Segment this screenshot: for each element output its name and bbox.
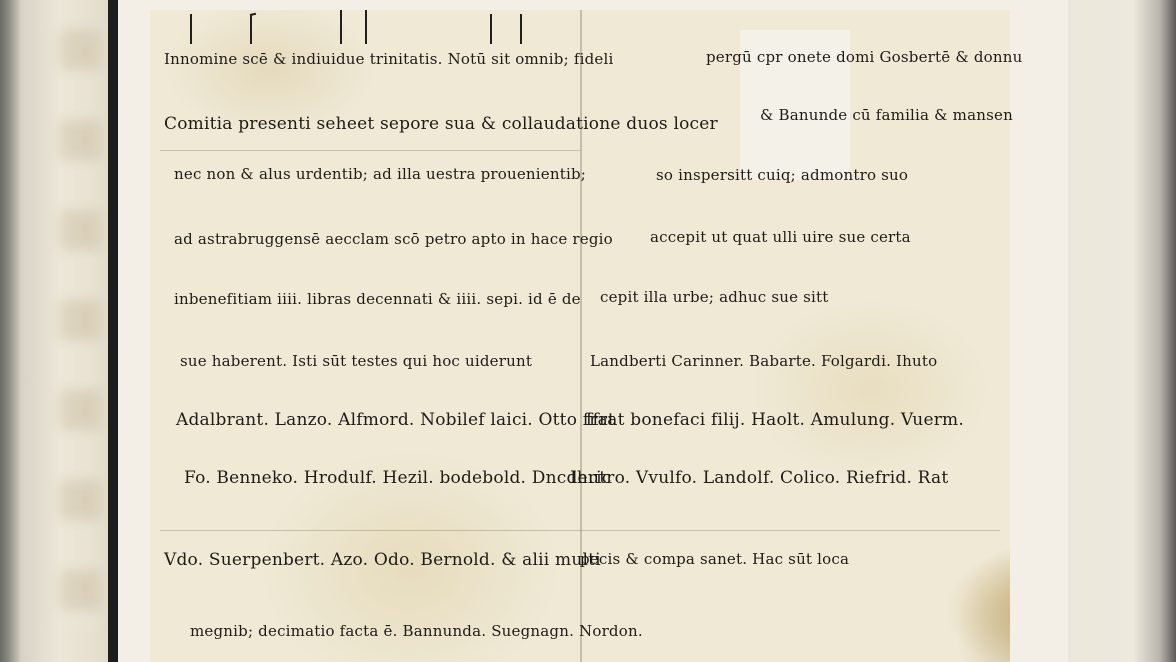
ruling-line bbox=[160, 530, 1000, 531]
manuscript-line: so inspersitt cuiq; admontro suo bbox=[656, 166, 908, 184]
manuscript-line: pergū cpr onete domi Gosbertē & donnu bbox=[706, 48, 1022, 66]
manuscript-line: nec non & alus urdentib; ad illa uestra … bbox=[174, 165, 586, 183]
manuscript-line: Innomine scē & indiuidue trinitatis. Not… bbox=[164, 50, 613, 68]
manuscript-line: Adalbrant. Lanzo. Alfmord. Nobilef laici… bbox=[176, 410, 615, 430]
manuscript-line: Comitia presenti seheet sepore sua & col… bbox=[164, 114, 718, 134]
ruling-line bbox=[160, 150, 580, 151]
manuscript-line: & Banunde cū familia & mansen bbox=[760, 106, 1013, 124]
manuscript-parchment: Innomine scē & indiuidue trinitatis. Not… bbox=[150, 10, 1010, 662]
manuscript-line: Vdo. Suerpenbert. Azo. Odo. Bernold. & a… bbox=[164, 550, 601, 570]
manuscript-line: cepit illa urbe; adhuc sue sitt bbox=[600, 288, 829, 306]
manuscript-line: ffrat bonefaci filij. Haolt. Amulung. Vu… bbox=[586, 410, 964, 430]
blurred-background-right bbox=[1068, 0, 1176, 662]
ascender-strokes bbox=[190, 10, 590, 44]
manuscript-line: inbenefitiam iiii. libras decennati & ii… bbox=[174, 290, 581, 308]
manuscript-line: Fo. Benneko. Hrodulf. Hezil. bodebold. D… bbox=[184, 468, 611, 488]
manuscript-line: accepit ut quat ulli uire sue certa bbox=[650, 228, 911, 246]
manuscript-line: Ihutro. Vvulfo. Landolf. Colico. Riefrid… bbox=[570, 468, 948, 488]
manuscript-line: megnib; decimatio facta ē. Bannunda. Sue… bbox=[190, 622, 643, 640]
blurred-background-left bbox=[0, 0, 108, 662]
manuscript-line: Landberti Carinner. Babarte. Folgardi. I… bbox=[590, 352, 937, 370]
manuscript-line: pecis & compa sanet. Hac sūt loca bbox=[580, 550, 849, 568]
manuscript-line: ad astrabruggensē aecclam scō petro apto… bbox=[174, 230, 613, 248]
manuscript-line: sue haberent. Isti sūt testes qui hoc ui… bbox=[180, 352, 532, 370]
